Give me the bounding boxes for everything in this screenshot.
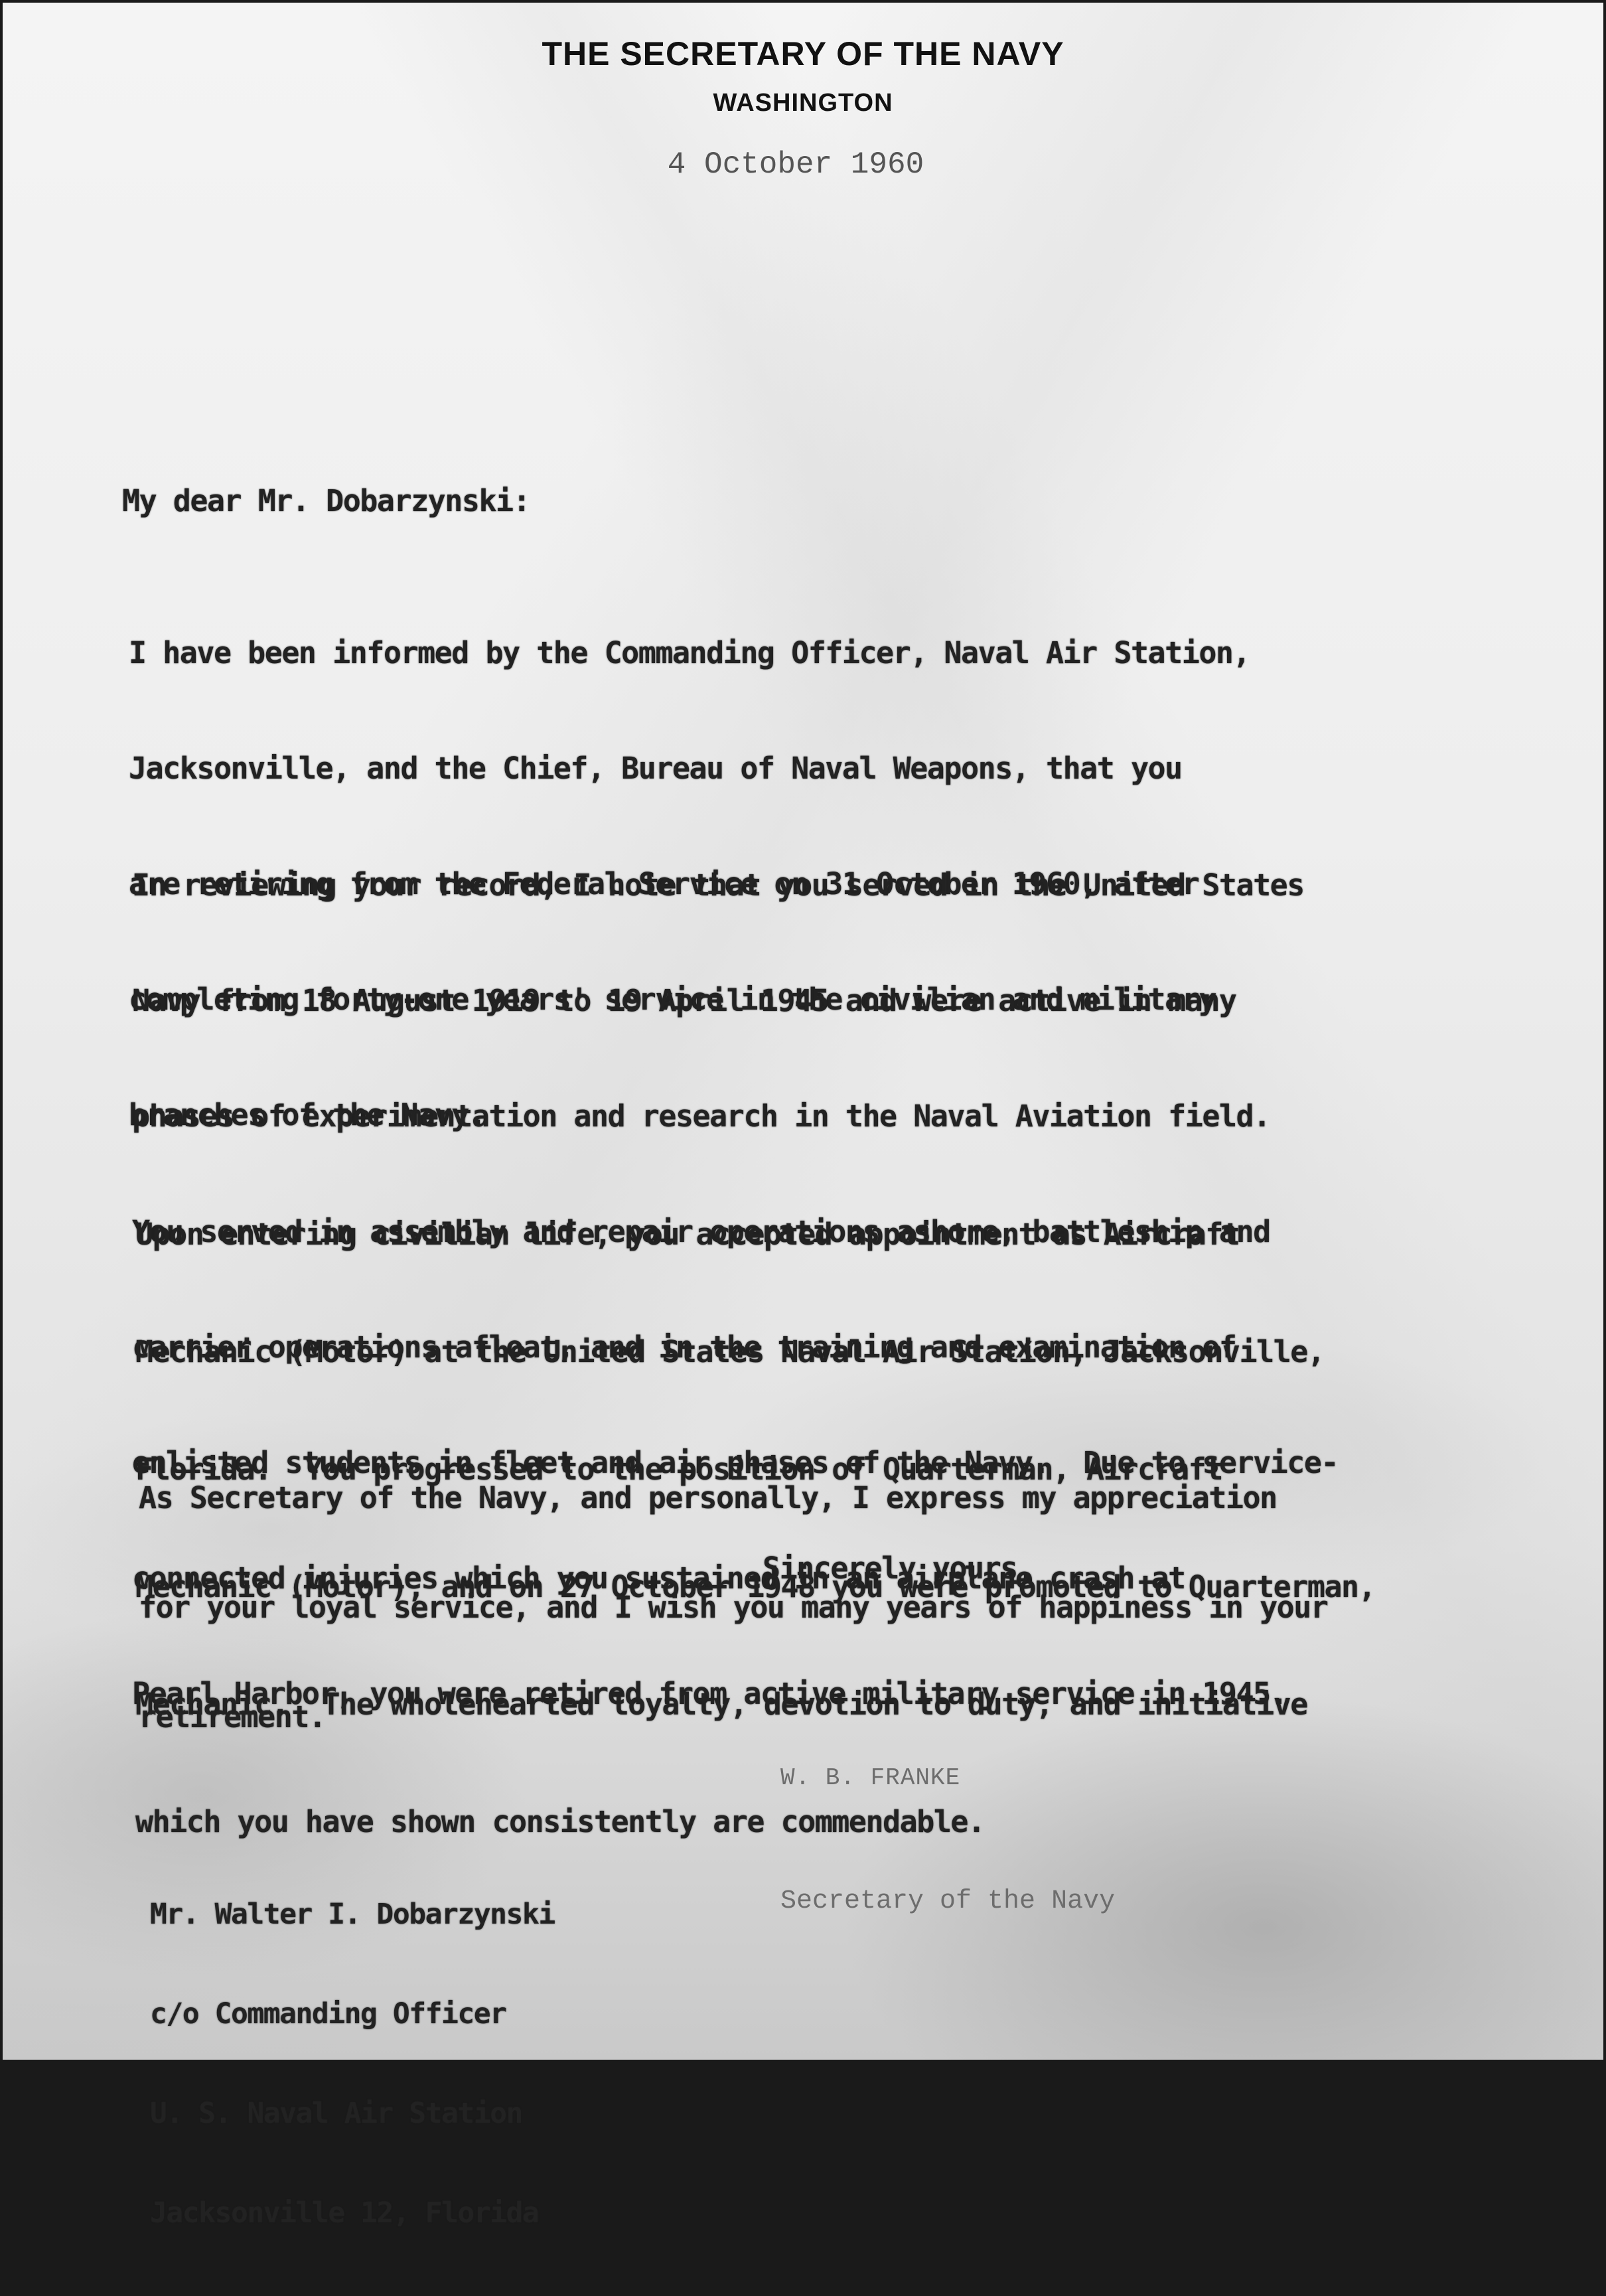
text-line: Mechanic (Motor) at the United States Na…: [135, 1332, 1375, 1371]
text-line: retirement.: [139, 1699, 1327, 1735]
letterhead-city: WASHINGTON: [3, 89, 1603, 117]
closing: Sincerely yours,: [763, 1549, 1034, 1588]
signature-block: W. B. FRANKE Secretary of the Navy: [780, 1675, 1115, 2005]
signatory-title: Secretary of the Navy: [780, 1881, 1115, 1922]
text-line: Jacksonville, and the Chief, Bureau of N…: [129, 749, 1250, 788]
letter-date: 4 October 1960: [3, 147, 1589, 182]
salutation: My dear Mr. Dobarzynski:: [122, 482, 530, 520]
text-line: for your loyal service, and I wish you m…: [139, 1589, 1327, 1626]
text-line: In reviewing your record, I note that yo…: [132, 866, 1338, 905]
letter-page: THE SECRETARY OF THE NAVY WASHINGTON 4 O…: [3, 3, 1603, 2060]
text-line: Navy from 18 August 1919 to 19 April 194…: [132, 982, 1338, 1020]
recipient-address: Mr. Walter I. Dobarzynski c/o Commanding…: [150, 1831, 555, 2062]
text-line: phases of experimentation and research i…: [132, 1097, 1338, 1136]
body-paragraph-4: As Secretary of the Navy, and personally…: [139, 1407, 1327, 1808]
text-line: As Secretary of the Navy, and personally…: [139, 1480, 1327, 1516]
text-line: I have been informed by the Commanding O…: [129, 634, 1250, 672]
text-line: Upon entering civilian life, you accepte…: [135, 1215, 1375, 1254]
address-line: c/o Commanding Officer: [150, 1997, 555, 2030]
letterhead-title: THE SECRETARY OF THE NAVY: [3, 35, 1603, 73]
signatory-name: W. B. FRANKE: [780, 1758, 1115, 1799]
address-line: Mr. Walter I. Dobarzynski: [150, 1898, 555, 1931]
